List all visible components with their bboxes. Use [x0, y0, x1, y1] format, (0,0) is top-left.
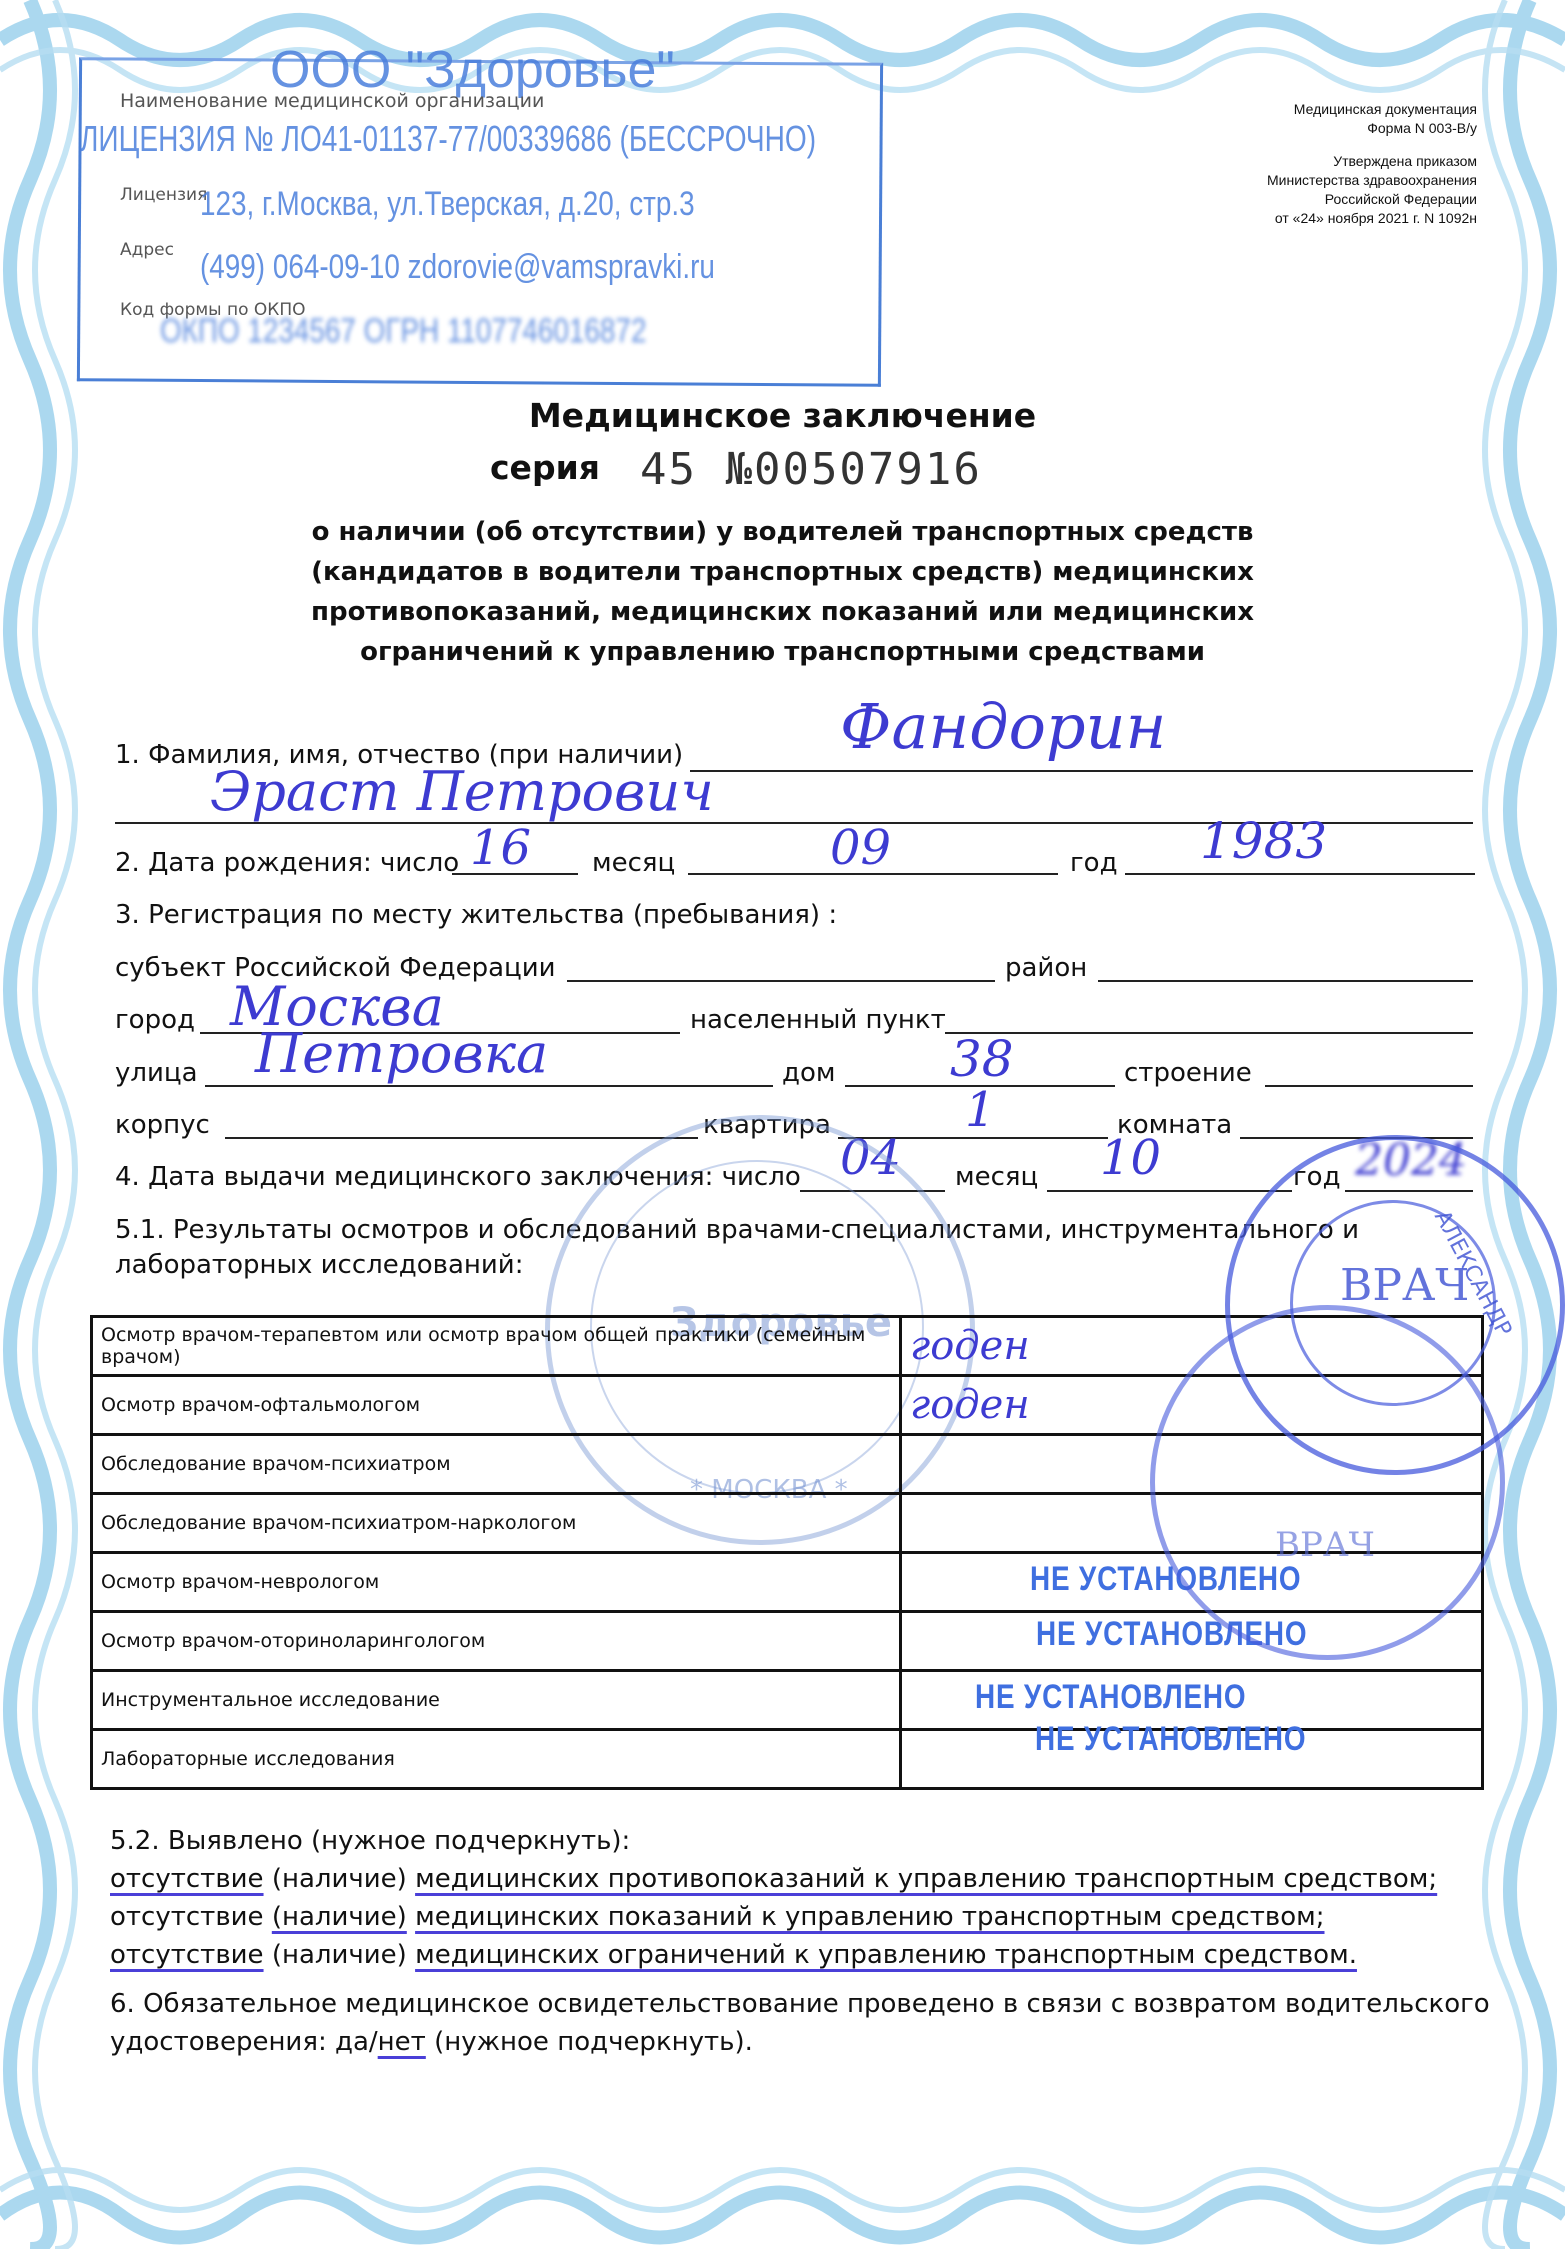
subtitle-line: о наличии (об отсутствии) у водителей тр… [0, 512, 1565, 552]
section-6-line-1: 6. Обязательное медицинское освидетельст… [110, 1985, 1490, 2023]
section-5-2-heading: 5.2. Выявлено (нужное подчеркнуть): [110, 1822, 630, 1860]
org-name-label: Наименование медицинской организации [120, 90, 544, 112]
issue-month-line[interactable] [1047, 1190, 1292, 1192]
finding-option-absence[interactable]: отсутствие [110, 1902, 264, 1932]
finding-text: медицинских показаний к управлению транс… [415, 1902, 1324, 1932]
stamp-contacts: (499) 064-09-10 zdorovie@vamspravki.ru [200, 248, 715, 287]
result-handwritten: годен [910, 1382, 1030, 1428]
finding-line-1: отсутствие (наличие) медицинских противо… [110, 1860, 1437, 1898]
finding-option-absence[interactable]: отсутствие [110, 1864, 264, 1894]
district-line[interactable] [1098, 980, 1473, 982]
fio-surname-value[interactable]: Фандорин [840, 690, 1166, 763]
section-6-option-no[interactable]: нет [378, 2027, 426, 2057]
building-line[interactable] [1265, 1085, 1473, 1087]
street-label: улица [115, 1058, 198, 1088]
license-label: Лицензия [120, 185, 207, 205]
finding-text: медицинских противопоказаний к управлени… [415, 1864, 1437, 1894]
exam-label: Лабораторные исследования [92, 1730, 901, 1789]
exam-label: Обследование врачом-психиатром [92, 1435, 901, 1494]
fio-line[interactable] [690, 770, 1473, 772]
section-6-line-2: удостоверения: да/нет (нужное подчеркнут… [110, 2023, 753, 2061]
header-line-1: Медицинская документация [1147, 100, 1477, 119]
registration-label: 3. Регистрация по месту жительства (преб… [115, 900, 837, 930]
stamp-license: ЛИЦЕНЗИЯ № ЛО41-01137-77/00339686 (БЕССР… [80, 118, 816, 160]
form-header: Медицинская документация Форма N 003-В/у… [1147, 100, 1477, 228]
header-line-6: от «24» ноября 2021 г. N 1092н [1147, 209, 1477, 228]
exam-label: Осмотр врачом-неврологом [92, 1553, 901, 1612]
subtitle-line: (кандидатов в водители транспортных сред… [0, 552, 1565, 592]
house-label: дом [782, 1058, 836, 1088]
address-label: Адрес [120, 240, 174, 260]
not-established-stamp: НЕ УСТАНОВЛЕНО [1035, 1720, 1306, 1759]
district-label: район [1005, 953, 1087, 983]
exam-label: Осмотр врачом-терапевтом или осмотр врач… [92, 1317, 901, 1376]
header-line-3: Утверждена приказом [1147, 152, 1477, 171]
stamp-ogrn: ОКПО 1234567 ОГРН 1107746016872 [160, 312, 646, 351]
doctor-stamp-2: ВРАЧ [1150, 1305, 1505, 1660]
street-line[interactable] [205, 1085, 773, 1087]
birth-month-value[interactable]: 09 [830, 820, 891, 876]
header-line-2: Форма N 003-В/у [1147, 119, 1477, 138]
birth-year-label: год [1070, 848, 1118, 878]
document-title: Медицинское заключение [0, 396, 1565, 435]
birth-label: 2. Дата рождения: число [115, 848, 459, 878]
birth-day-value[interactable]: 16 [470, 820, 531, 876]
birth-year-value[interactable]: 1983 [1200, 812, 1327, 870]
finding-option-presence[interactable]: (наличие) [272, 1864, 407, 1894]
result-handwritten: годен [910, 1323, 1030, 1369]
section-6-prefix: удостоверения: да/ [110, 2027, 378, 2057]
header-line-4: Министерства здравоохранения [1147, 171, 1477, 190]
locality-label: населенный пункт [690, 1005, 946, 1035]
series-number: 45 №00507916 [640, 444, 982, 495]
exam-label: Обследование врачом-психиатром-нарколого… [92, 1494, 901, 1553]
finding-text: медицинских ограничений к управлению тра… [415, 1940, 1357, 1970]
korpus-line[interactable] [225, 1137, 698, 1139]
stamp-address: 123, г.Москва, ул.Тверская, д.20, стр.3 [200, 185, 695, 224]
finding-line-2: отсутствие (наличие) медицинских показан… [110, 1898, 1325, 1936]
fio-name-value[interactable]: Эраст Петрович [210, 760, 714, 823]
header-line-5: Российской Федерации [1147, 190, 1477, 209]
finding-line-3: отсутствие (наличие) медицинских огранич… [110, 1936, 1357, 1974]
city-label: город [115, 1005, 195, 1035]
exam-label: Осмотр врачом-офтальмологом [92, 1376, 901, 1435]
section-5-1-heading-cont: лабораторных исследований: [115, 1250, 523, 1280]
issue-month-value[interactable]: 10 [1100, 1130, 1161, 1186]
subtitle-line: противопоказаний, медицинских показаний … [0, 592, 1565, 632]
not-established-stamp: НЕ УСТАНОВЛЕНО [975, 1678, 1246, 1717]
exam-label: Осмотр врачом-оториноларингологом [92, 1612, 901, 1671]
building-label: строение [1124, 1058, 1252, 1088]
korpus-label: корпус [115, 1110, 210, 1140]
doctor-stamp-2-word: ВРАЧ [1275, 1525, 1375, 1565]
finding-option-presence[interactable]: (наличие) [272, 1902, 407, 1932]
birth-year-line[interactable] [1125, 873, 1475, 875]
section-6-suffix: (нужное подчеркнуть). [426, 2027, 753, 2057]
finding-option-presence[interactable]: (наличие) [272, 1940, 407, 1970]
doctor-stamp-word: ВРАЧ [1340, 1260, 1469, 1311]
birth-month-label: месяц [592, 848, 675, 878]
street-value[interactable]: Петровка [255, 1022, 548, 1085]
subject-line[interactable] [567, 980, 995, 982]
house-value[interactable]: 38 [950, 1030, 1014, 1088]
locality-line[interactable] [945, 1032, 1473, 1034]
document-subtitle: о наличии (об отсутствии) у водителей тр… [0, 512, 1565, 672]
finding-option-absence[interactable]: отсутствие [110, 1940, 264, 1970]
series-label: серия [490, 448, 600, 487]
issue-month-label: месяц [955, 1162, 1038, 1192]
subtitle-line: ограничений к управлению транспортными с… [0, 632, 1565, 672]
exam-label: Инструментальное исследование [92, 1671, 901, 1730]
apartment-value[interactable]: 1 [965, 1082, 996, 1138]
